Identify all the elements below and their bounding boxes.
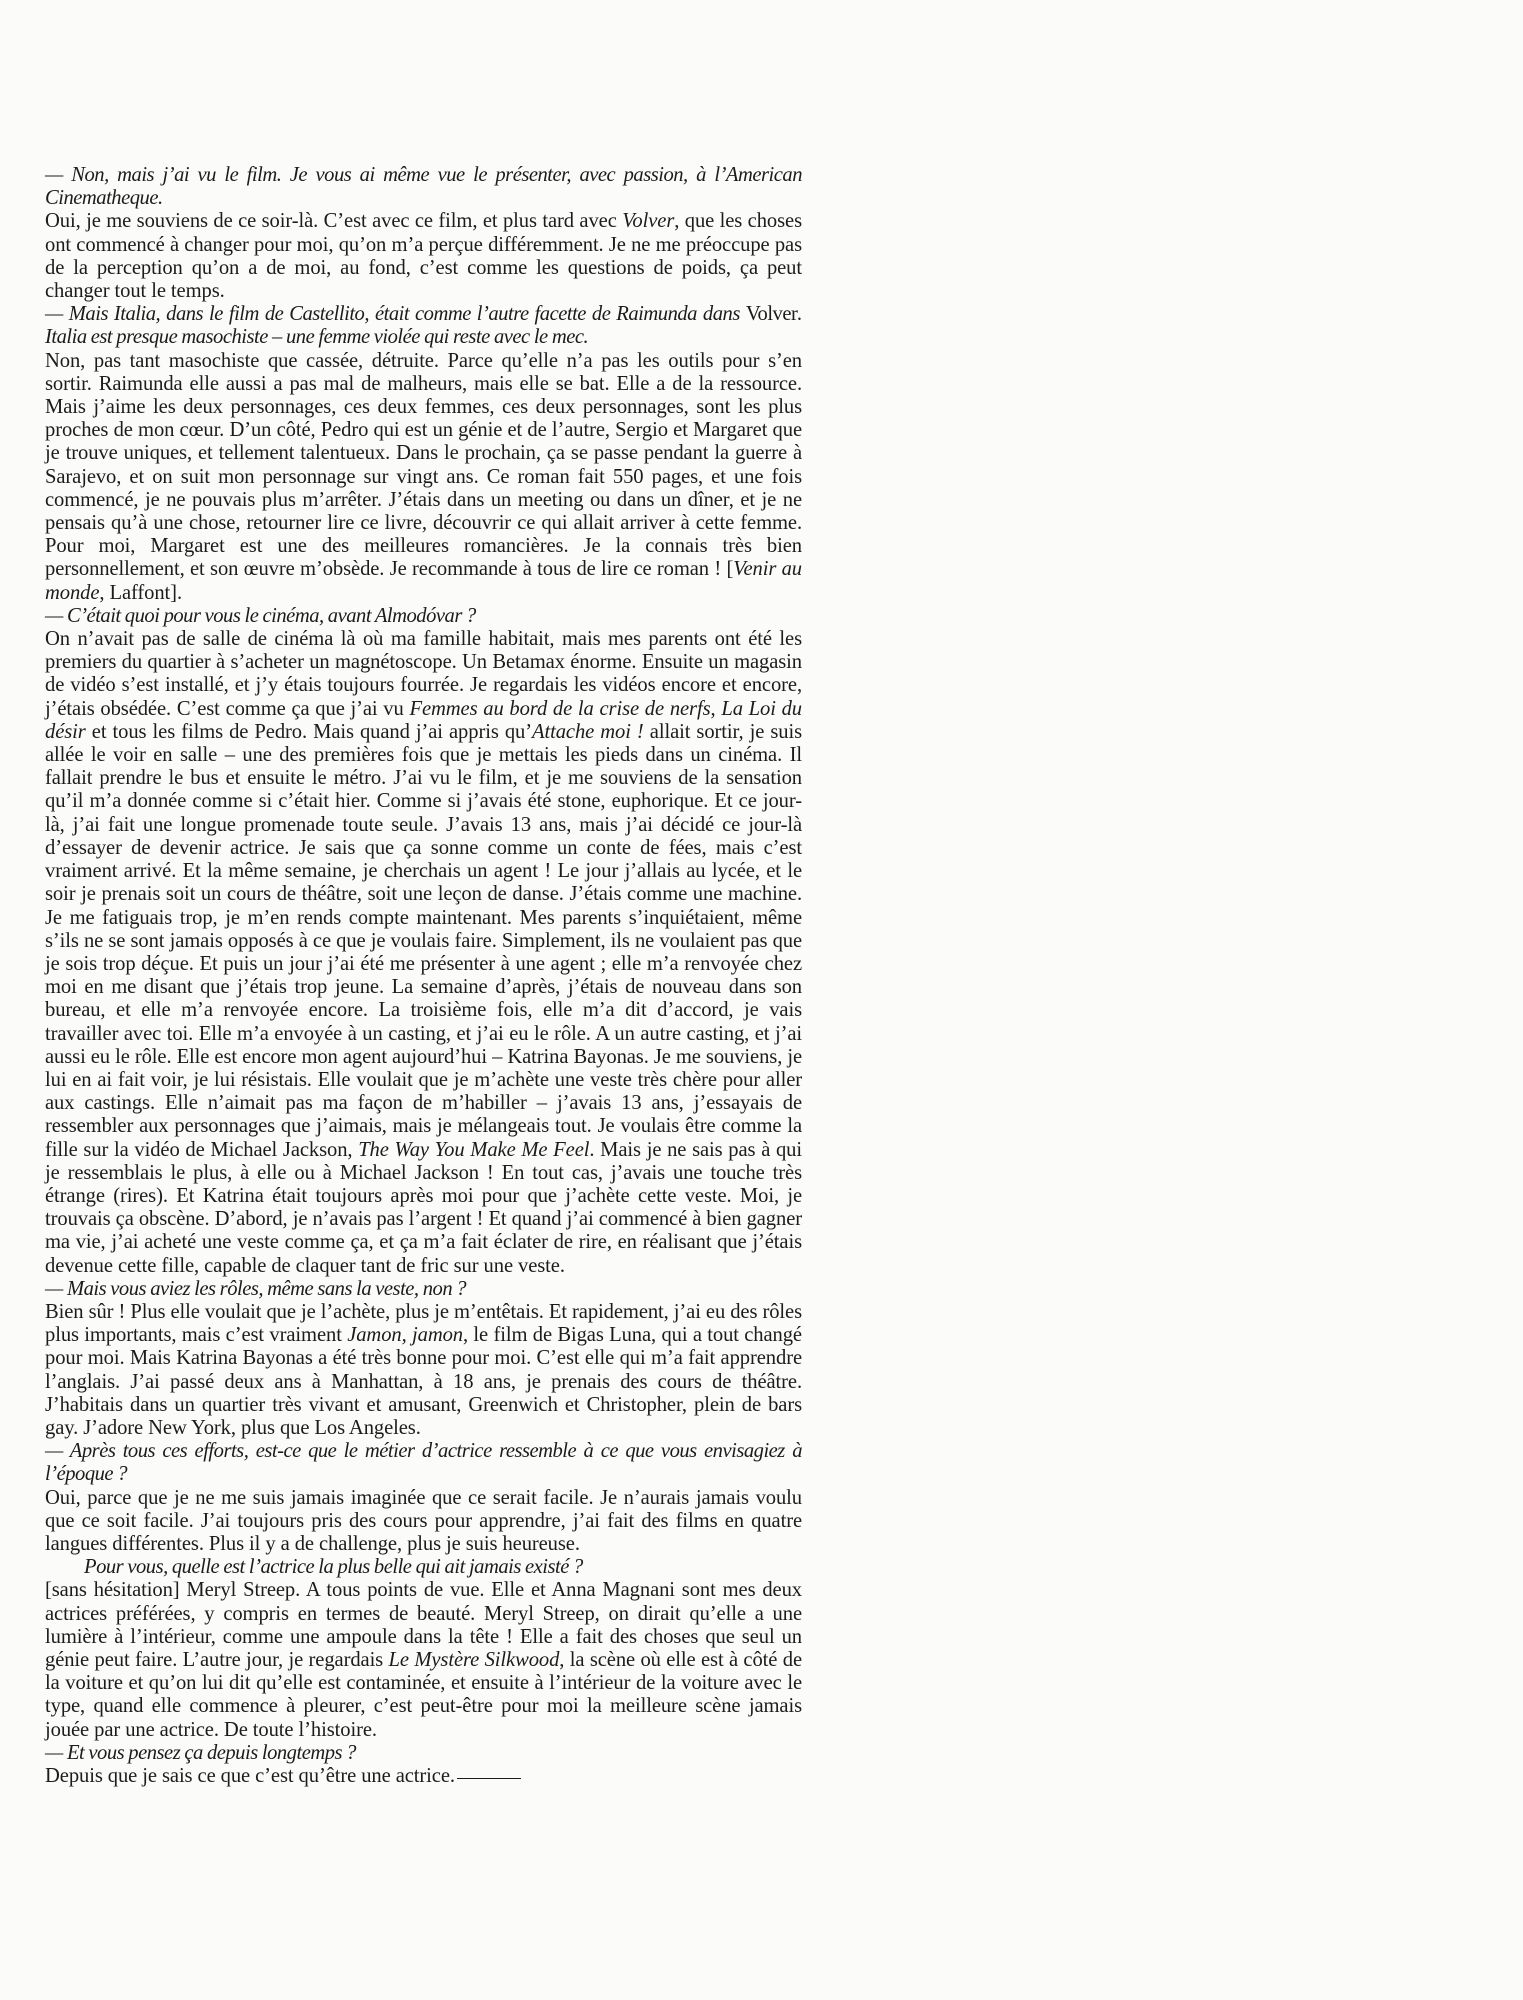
text-run: Pour vous, quelle est l’actrice la plus … bbox=[84, 1556, 583, 1578]
text-run: — Et vous pensez ça depuis longtemps ? bbox=[45, 1742, 356, 1764]
text-run: , Laffont]. bbox=[99, 582, 182, 604]
interview-question: — Après tous ces efforts, est-ce que le … bbox=[45, 1440, 802, 1486]
text-run: — Mais Italia, dans le film de Castellit… bbox=[45, 303, 746, 325]
italic-title: The Way You Make Me Feel bbox=[358, 1139, 589, 1161]
italic-title: Le Mystère Silkwood bbox=[389, 1649, 560, 1671]
italic-title: Attache moi ! bbox=[532, 721, 644, 743]
interview-question: — Et vous pensez ça depuis longtemps ? bbox=[45, 1742, 802, 1765]
italic-title: Femmes au bord de la crise de nerfs bbox=[409, 698, 710, 720]
text-run: — C’était quoi pour vous le cinéma, avan… bbox=[45, 605, 476, 627]
text-run: et tous les films de Pedro. Mais quand j… bbox=[86, 721, 532, 743]
italic-title: Jamon, jamon bbox=[347, 1324, 463, 1346]
text-run: Non, pas tant masochiste que cassée, dét… bbox=[45, 350, 802, 581]
text-run: Oui, je me souviens de ce soir-là. C’est… bbox=[45, 210, 622, 232]
text-run: — Non, mais j’ai vu le film. Je vous ai … bbox=[45, 164, 802, 209]
text-run: Oui, parce que je ne me suis jamais imag… bbox=[45, 1487, 802, 1555]
text-run: — Après tous ces efforts, est-ce que le … bbox=[45, 1440, 802, 1485]
interview-answer: Non, pas tant masochiste que cassée, dét… bbox=[45, 350, 802, 605]
interview-answer: Oui, je me souviens de ce soir-là. C’est… bbox=[45, 210, 802, 303]
interview-answer: Depuis que je sais ce que c’est qu’être … bbox=[45, 1765, 802, 1788]
text-run: allait sortir, je suis allée le voir en … bbox=[45, 721, 802, 1161]
article-column: — Non, mais j’ai vu le film. Je vous ai … bbox=[45, 164, 802, 1788]
interview-answer: [sans hésitation] Meryl Streep. A tous p… bbox=[45, 1579, 802, 1741]
interview-answer: On n’avait pas de salle de cinéma là où … bbox=[45, 628, 802, 1278]
text-run: , bbox=[711, 698, 722, 720]
text-run: Volver bbox=[746, 303, 798, 325]
interview-question: — C’était quoi pour vous le cinéma, avan… bbox=[45, 605, 802, 628]
interview-answer: Bien sûr ! Plus elle voulait que je l’ac… bbox=[45, 1301, 802, 1440]
end-of-article-rule bbox=[457, 1778, 521, 1779]
interview-question: — Non, mais j’ai vu le film. Je vous ai … bbox=[45, 164, 802, 210]
interview-question: — Mais vous aviez les rôles, même sans l… bbox=[45, 1278, 802, 1301]
text-run: Depuis que je sais ce que c’est qu’être … bbox=[45, 1765, 455, 1787]
text-run: — Mais vous aviez les rôles, même sans l… bbox=[45, 1278, 466, 1300]
interview-question: Pour vous, quelle est l’actrice la plus … bbox=[45, 1556, 802, 1579]
interview-answer: Oui, parce que je ne me suis jamais imag… bbox=[45, 1487, 802, 1557]
interview-question: — Mais Italia, dans le film de Castellit… bbox=[45, 303, 802, 349]
italic-title: Volver bbox=[622, 210, 674, 232]
